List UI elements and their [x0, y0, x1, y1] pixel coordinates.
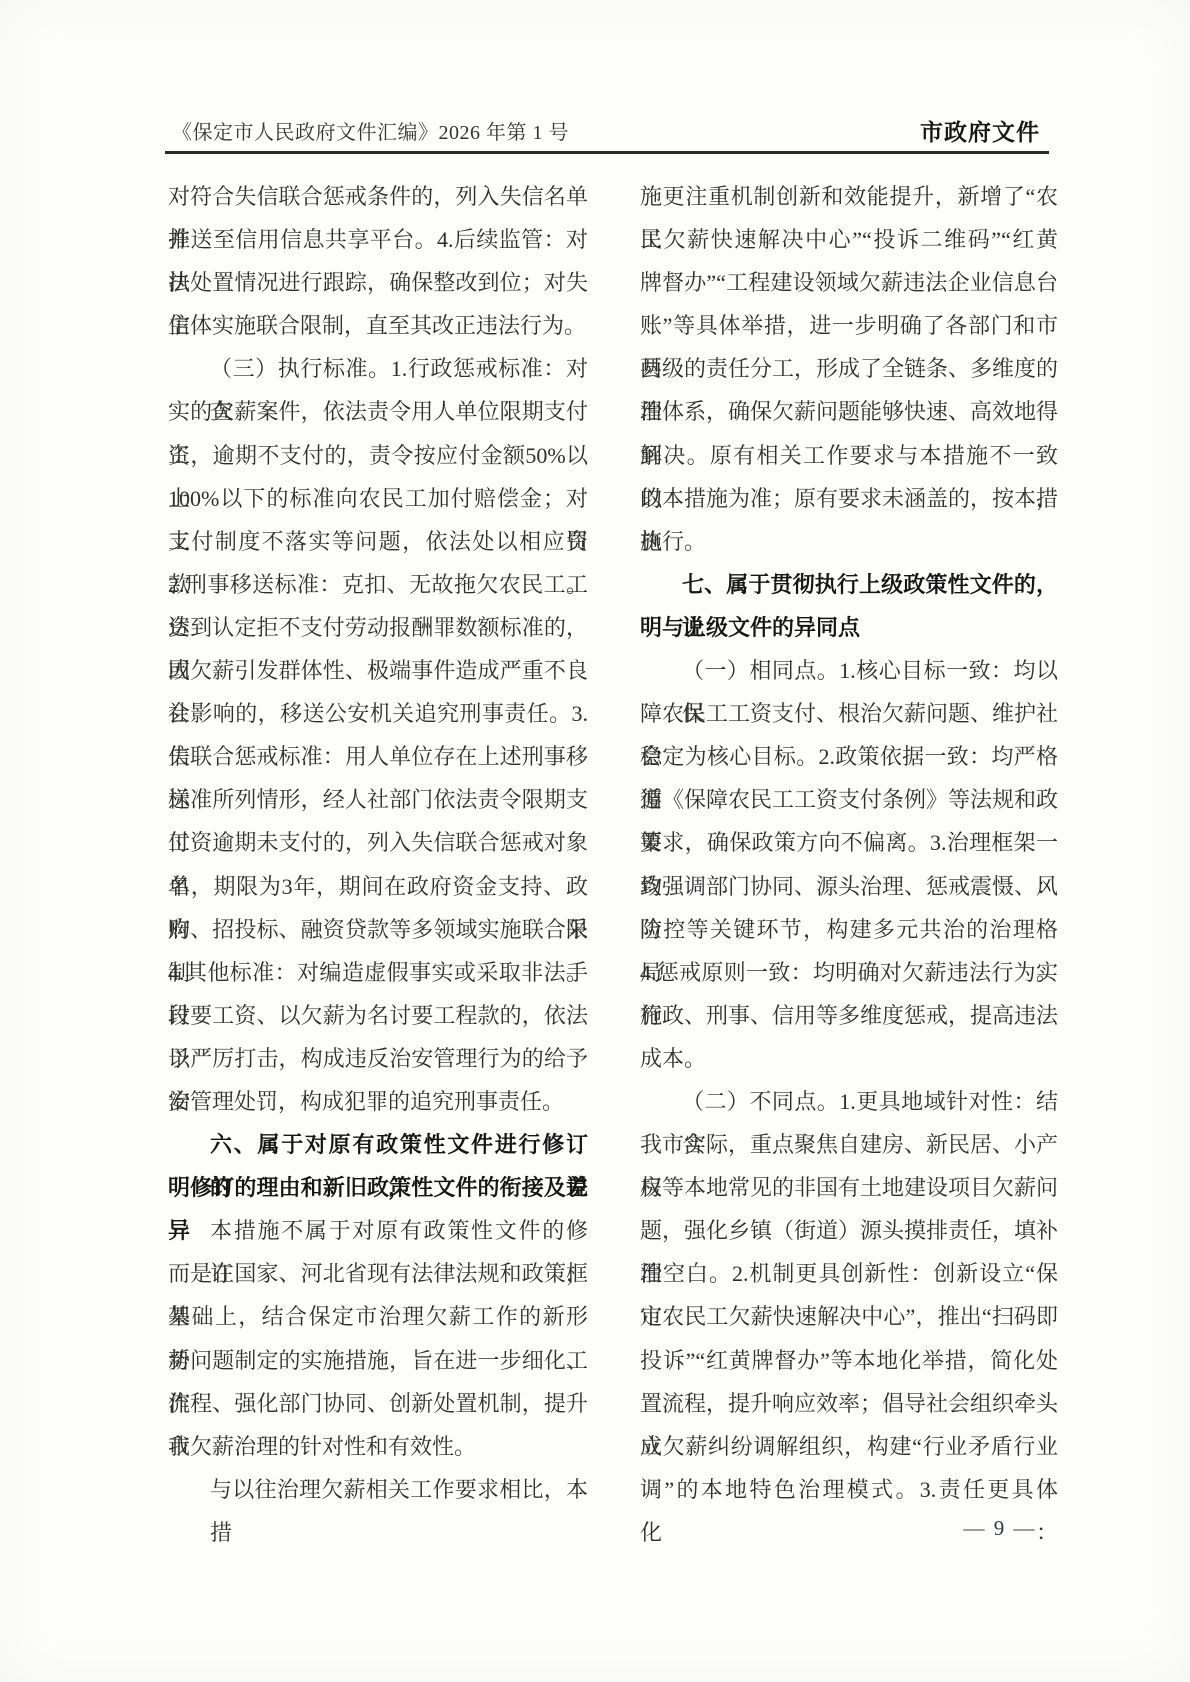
text-line: 要求，确保政策方向不偏离。3.治理框架一致：	[640, 821, 1058, 864]
text-line: 而是在国家、河北省现有法律法规和政策框架	[168, 1252, 588, 1295]
text-line: 因欠薪引发群体性、极端事件造成严重不良社	[168, 649, 588, 692]
heading-line: 六、属于对原有政策性文件进行修订的，说	[168, 1123, 588, 1166]
text-line: 以本措施为准；原有要求未涵盖的，按本措施	[640, 477, 1058, 520]
text-line: 两级的责任分工，形成了全链条、多维度的治	[640, 347, 1058, 390]
text-line: 安管理处罚，构成犯罪的追究刑事责任。	[168, 1080, 588, 1123]
text-line: 以严厉打击，构成违反治安管理行为的给予治	[168, 1037, 588, 1080]
text-line: 行政、刑事、信用等多维度惩戒，提高违法	[640, 994, 1058, 1037]
heading-line: 明与上级文件的异同点	[640, 606, 1058, 649]
text-line: 市欠薪治理的针对性和有效性。	[168, 1425, 588, 1468]
heading-line: 七、属于贯彻执行上级政策性文件的，说	[640, 563, 1058, 606]
text-line: 投诉”“红黄牌督办”等本地化举措，简化处	[640, 1339, 1058, 1382]
header-rule	[165, 151, 1049, 154]
text-line: 基础上，结合保定市治理欠薪工作的新形势、	[168, 1295, 588, 1338]
text-line: 讨要工资、以欠薪为名讨要工程款的，依法予	[168, 994, 588, 1037]
text-line: 市农民工欠薪快速解决中心”，推出“扫码即	[640, 1295, 1058, 1338]
text-line: 达到认定拒不支付劳动报酬罪数额标准的，或	[168, 606, 588, 649]
text-line: 资，逾期不支付的，责令按应付金额50%以上	[168, 434, 588, 477]
text-line: 会影响的，移送公安机关追究刑事责任。3.失	[168, 692, 588, 735]
text-line: 执行。	[640, 520, 1058, 563]
header-document-category: 市政府文件	[920, 114, 1040, 147]
text-line: 均强调部门协同、源头治理、惩戒震慑、风险	[640, 865, 1058, 908]
text-line: 题，强化乡镇（街道）源头摸排责任，填补治	[640, 1209, 1058, 1252]
document-page: 《保定市人民政府文件汇编》2026 年第 1 号 市政府文件 对符合失信联合惩戒…	[0, 0, 1190, 1682]
text-line: 本措施不属于对原有政策性文件的修订，	[168, 1209, 588, 1252]
heading-line: 明修订的理由和新旧政策性文件的衔接及差异	[168, 1166, 588, 1209]
text-line: 新问题制定的实施措施，旨在进一步细化工作	[168, 1339, 588, 1382]
text-line: 立欠薪纠纷调解组织，构建“行业矛盾行业	[640, 1425, 1058, 1468]
text-line: 单，期限为3年，期间在政府资金支持、政府采	[168, 865, 588, 908]
text-line: 障农民工工资支付、根治欠薪问题、维护社会	[640, 692, 1058, 735]
text-line: 解决。原有相关工作要求与本措施不一致的，	[640, 434, 1058, 477]
text-line: 实的欠薪案件，依法责令用人单位限期支付工	[168, 390, 588, 433]
text-line: 施更注重机制创新和效能提升，新增了“农民	[640, 175, 1058, 218]
text-line: 理空白。2.机制更具创新性：创新设立“保定	[640, 1252, 1058, 1295]
text-line: 与以往治理欠薪相关工作要求相比，本措	[168, 1468, 588, 1511]
text-line: 法处置情况进行跟踪，确保整改到位；对失信	[168, 261, 588, 304]
text-line: 流程、强化部门协同、创新处置机制，提升我	[168, 1382, 588, 1425]
text-line: 置流程，提升响应效率；倡导社会组织牵头成	[640, 1382, 1058, 1425]
text-line: 稳定为核心目标。2.政策依据一致：均严格遵	[640, 735, 1058, 778]
text-line: 2.刑事移送标准：克扣、无故拖欠农民工工资	[168, 563, 588, 606]
text-line: 循《保障农民工工资支付条例》等法规和政策	[640, 778, 1058, 821]
text-line: 我市实际，重点聚焦自建房、新民居、小产权	[640, 1123, 1058, 1166]
header-journal-title: 《保定市人民政府文件汇编》2026 年第 1 号	[172, 116, 569, 145]
text-line: （三）执行标准。1.行政惩戒标准：对查	[168, 347, 588, 390]
text-line: 4.其他标准：对编造虚假事实或采取非法手段	[168, 951, 588, 994]
text-line: 主体实施联合限制，直至其改正违法行为。	[168, 304, 588, 347]
text-line: （二）不同点。1.更具地域针对性：结合	[640, 1080, 1058, 1123]
text-line: 信联合惩戒标准：用人单位存在上述刑事移送	[168, 735, 588, 778]
text-line: 账”等具体举措，进一步明确了各部门和市县	[640, 304, 1058, 347]
text-line: 工欠薪快速解决中心”“投诉二维码”“红黄	[640, 218, 1058, 261]
text-line: （一）相同点。1.核心目标一致：均以保	[640, 649, 1058, 692]
text-line: 防控等关键环节，构建多元共治的治理格局。	[640, 908, 1058, 951]
text-line: 对符合失信联合惩戒条件的，列入失信名单并	[168, 175, 588, 218]
text-line: 购、招投标、融资贷款等多领域实施联合限制。	[168, 908, 588, 951]
text-line: 支付制度不落实等问题，依法处以相应罚款。	[168, 520, 588, 563]
text-line: 房等本地常见的非国有土地建设项目欠薪问	[640, 1166, 1058, 1209]
text-column-right: 施更注重机制创新和效能提升，新增了“农民工欠薪快速解决中心”“投诉二维码”“红黄…	[640, 175, 1058, 1511]
text-line: 成本。	[640, 1037, 1058, 1080]
text-line: 工资逾期未支付的，列入失信联合惩戒对象名	[168, 821, 588, 864]
text-column-left: 对符合失信联合惩戒条件的，列入失信名单并推送至信用信息共享平台。4.后续监管：对…	[168, 175, 588, 1511]
page-number: — 9 —	[940, 1516, 1060, 1541]
text-line: 4.惩戒原则一致：均明确对欠薪违法行为实施	[640, 951, 1058, 994]
text-line: 理体系，确保欠薪问题能够快速、高效地得到	[640, 390, 1058, 433]
text-line: 调”的本地特色治理模式。3.责任更具体化：	[640, 1468, 1058, 1511]
text-line: 牌督办”“工程建设领域欠薪违法企业信息台	[640, 261, 1058, 304]
text-line: 标准所列情形，经人社部门依法责令限期支付	[168, 778, 588, 821]
text-line: 推送至信用信息共享平台。4.后续监管：对执	[168, 218, 588, 261]
text-line: 100%以下的标准向农民工加付赔偿金；对工资	[168, 477, 588, 520]
